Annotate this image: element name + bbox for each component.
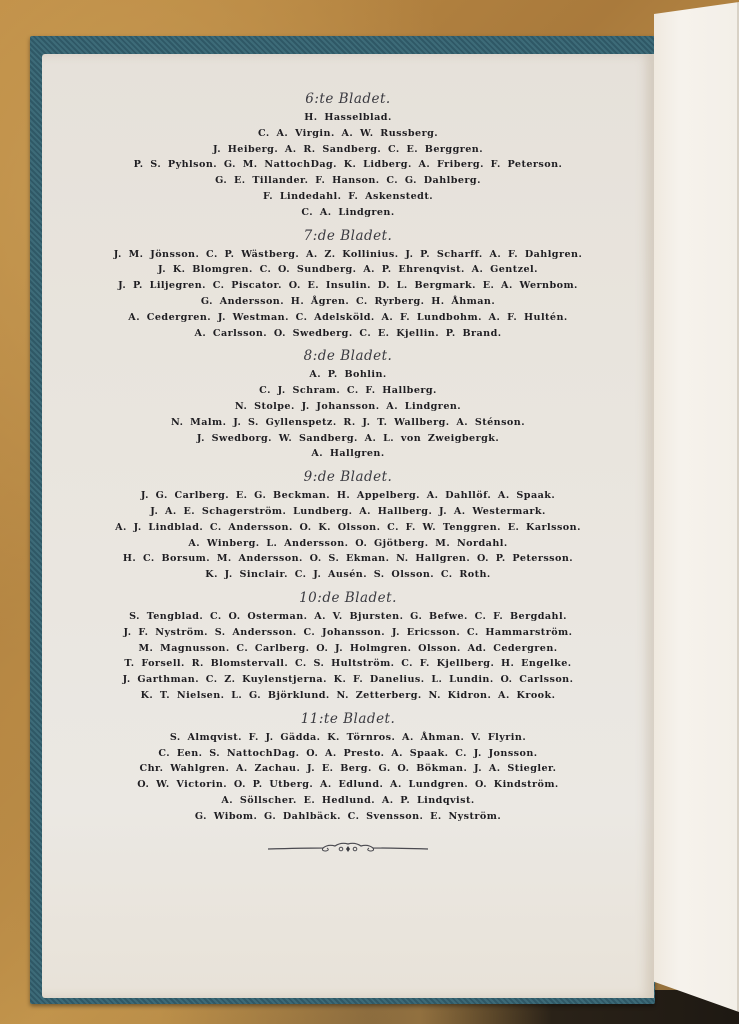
name-line: C. J. Schram. C. F. Hallberg. [42,383,654,399]
section-title: 9:de Bladet. [42,468,654,486]
facing-page [654,2,739,1012]
name-line: J. K. Blomgren. C. O. Sundberg. A. P. Eh… [42,262,654,278]
name-line: K. T. Nielsen. L. G. Björklund. N. Zette… [42,688,654,704]
flourish-ornament-icon [263,840,433,854]
name-line: C. A. Lindgren. [42,205,654,221]
name-line: S. Almqvist. F. J. Gädda. K. Törnros. A.… [42,730,654,746]
name-line: G. Wibom. G. Dahlbäck. C. Svensson. E. N… [42,809,654,825]
name-line: A. Carlsson. O. Swedberg. C. E. Kjellin.… [42,326,654,342]
name-line: J. P. Liljegren. C. Piscator. O. E. Insu… [42,278,654,294]
name-line: A. Hallgren. [42,446,654,462]
name-line: H. C. Borsum. M. Andersson. O. S. Ekman.… [42,551,654,567]
section-title: 8:de Bladet. [42,347,654,365]
section-title: 10:de Bladet. [42,589,654,607]
name-line: J. A. E. Schagerström. Lundberg. A. Hall… [42,504,654,520]
section-title: 7:de Bladet. [42,227,654,245]
section-8de-bladet: 8:de Bladet. A. P. Bohlin. C. J. Schram.… [42,347,654,462]
name-line: J. Swedborg. W. Sandberg. A. L. von Zwei… [42,431,654,447]
section-7de-bladet: 7:de Bladet. J. M. Jönsson. C. P. Wästbe… [42,227,654,342]
name-line: N. Stolpe. J. Johansson. A. Lindgren. [42,399,654,415]
name-line: A. Cedergren. J. Westman. C. Adelsköld. … [42,310,654,326]
section-11te-bladet: 11:te Bladet. S. Almqvist. F. J. Gädda. … [42,710,654,825]
name-line: J. M. Jönsson. C. P. Wästberg. A. Z. Kol… [42,247,654,263]
section-10de-bladet: 10:de Bladet. S. Tengblad. C. O. Osterma… [42,589,654,704]
name-line: C. Een. S. NattochDag. O. A. Presto. A. … [42,746,654,762]
name-line: F. Lindedahl. F. Askenstedt. [42,189,654,205]
name-line: T. Forsell. R. Blomstervall. C. S. Hults… [42,656,654,672]
name-line: H. Hasselblad. [42,110,654,126]
name-line: J. F. Nyström. S. Andersson. C. Johansso… [42,625,654,641]
name-line: K. J. Sinclair. C. J. Ausén. S. Olsson. … [42,567,654,583]
name-line: C. A. Virgin. A. W. Russberg. [42,126,654,142]
page-content: 6:te Bladet. H. Hasselblad. C. A. Virgin… [42,90,654,854]
name-line: J. G. Carlberg. E. G. Beckman. H. Appelb… [42,488,654,504]
name-line: A. P. Bohlin. [42,367,654,383]
name-line: O. W. Victorin. O. P. Utberg. A. Edlund.… [42,777,654,793]
name-line: G. Andersson. H. Ågren. C. Ryrberg. H. Å… [42,294,654,310]
name-line: G. E. Tillander. F. Hanson. C. G. Dahlbe… [42,173,654,189]
name-line: A. Söllscher. E. Hedlund. A. P. Lindqvis… [42,793,654,809]
name-line: A. J. Lindblad. C. Andersson. O. K. Olss… [42,520,654,536]
name-line: M. Magnusson. C. Carlberg. O. J. Holmgre… [42,641,654,657]
name-line: J. Garthman. C. Z. Kuylenstjerna. K. F. … [42,672,654,688]
name-line: Chr. Wahlgren. A. Zachau. J. E. Berg. G.… [42,761,654,777]
section-title: 11:te Bladet. [42,710,654,728]
section-title: 6:te Bladet. [42,90,654,108]
section-9de-bladet: 9:de Bladet. J. G. Carlberg. E. G. Beckm… [42,468,654,583]
section-6te-bladet: 6:te Bladet. H. Hasselblad. C. A. Virgin… [42,90,654,221]
name-line: A. Winberg. L. Andersson. O. Gjötberg. M… [42,536,654,552]
name-line: S. Tengblad. C. O. Osterman. A. V. Bjurs… [42,609,654,625]
name-line: N. Malm. J. S. Gyllenspetz. R. J. T. Wal… [42,415,654,431]
name-line: P. S. Pyhlson. G. M. NattochDag. K. Lidb… [42,157,654,173]
name-line: J. Heiberg. A. R. Sandberg. C. E. Berggr… [42,142,654,158]
